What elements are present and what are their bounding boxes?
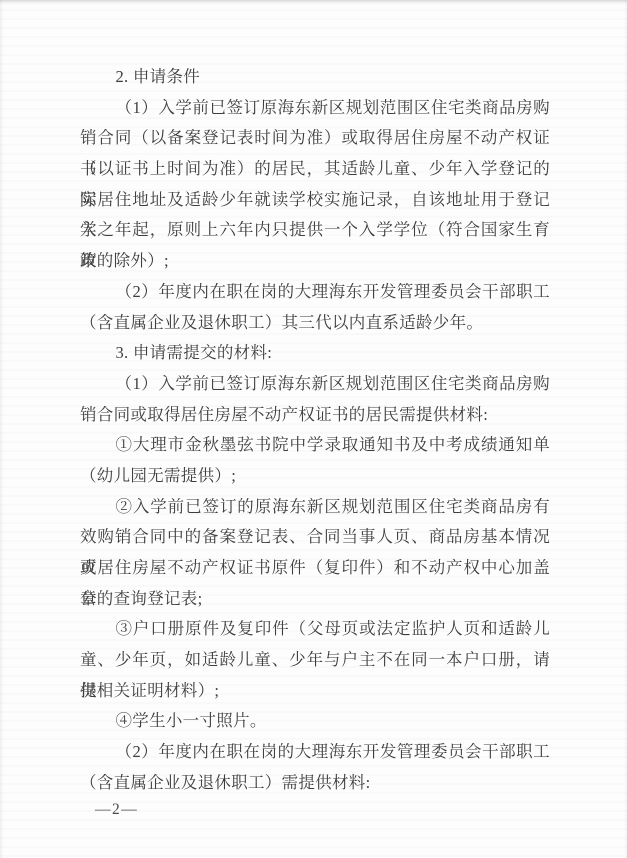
text-line: ②入学前已签订的原海东新区规划范围区住宅类商品房有	[80, 492, 550, 523]
text-line: 策的除外）;	[80, 246, 550, 277]
text-line: （以证书上时间为准）的居民，其适龄儿童、少年入学登记的实	[80, 154, 550, 185]
paragraph-materials-heading: 3. 申请需提交的材料:	[80, 338, 550, 369]
paragraph-condition-1: （1）入学前已签订原海东新区规划范围区住宅类商品房购 销合同（以备案登记表时间为…	[80, 93, 550, 277]
paragraph-condition-2: （2）年度内在职在岗的大理海东开发管理委员会干部职工 （含直属企业及退休职工）其…	[80, 277, 550, 338]
text-line: ④学生小一寸照片。	[80, 706, 550, 737]
paragraph-material-item-3: ③户口册原件及复印件（父母页或法定监护人页和适龄儿 童、少年页，如适龄儿童、少年…	[80, 614, 550, 706]
text-line: 2. 申请条件	[80, 62, 550, 93]
text-line: （2）年度内在职在岗的大理海东开发管理委员会干部职工	[80, 737, 550, 768]
text-line: （1）入学前已签订原海东新区规划范围区住宅类商品房购	[80, 369, 550, 400]
paragraph-application-conditions-heading: 2. 申请条件	[80, 62, 550, 93]
text-line: ①大理市金秋墨弦书院中学录取通知书及中考成绩通知单	[80, 430, 550, 461]
text-line: （含直属企业及退休职工）其三代以内直系适龄少年。	[80, 308, 550, 339]
text-line: （含直属企业及退休职工）需提供材料:	[80, 768, 550, 799]
text-line: 效购销合同中的备案登记表、合同当事人页、商品房基本情况页	[80, 522, 550, 553]
paragraph-materials-group-1: （1）入学前已签订原海东新区规划范围区住宅类商品房购 销合同或取得居住房屋不动产…	[80, 369, 550, 430]
text-line: 3. 申请需提交的材料:	[80, 338, 550, 369]
paragraph-material-item-1: ①大理市金秋墨弦书院中学录取通知书及中考成绩通知单 （幼儿园无需提供）;	[80, 430, 550, 491]
text-line: （1）入学前已签订原海东新区规划范围区住宅类商品房购	[80, 93, 550, 124]
paragraph-material-item-2: ②入学前已签订的原海东新区规划范围区住宅类商品房有 效购销合同中的备案登记表、合…	[80, 492, 550, 615]
page-number: —2—	[95, 799, 138, 821]
text-line: 际居住地址及适龄少年就读学校实施记录，自该地址用于登记入	[80, 185, 550, 216]
text-line: 童、少年页，如适龄儿童、少年与户主不在同一本户口册，请提	[80, 645, 550, 676]
text-line: 或居住房屋不动产权证书原件（复印件）和不动产权中心加盖公	[80, 553, 550, 584]
text-line: 销合同或取得居住房屋不动产权证书的居民需提供材料:	[80, 400, 550, 431]
text-line: 章的查询登记表;	[80, 584, 550, 615]
text-line: ③户口册原件及复印件（父母页或法定监护人页和适龄儿	[80, 614, 550, 645]
text-line: （2）年度内在职在岗的大理海东开发管理委员会干部职工	[80, 277, 550, 308]
text-line: （幼儿园无需提供）;	[80, 461, 550, 492]
text-line: 销合同（以备案登记表时间为准）或取得居住房屋不动产权证书	[80, 123, 550, 154]
paragraph-material-item-4: ④学生小一寸照片。	[80, 706, 550, 737]
paragraph-materials-group-2: （2）年度内在职在岗的大理海东开发管理委员会干部职工 （含直属企业及退休职工）需…	[80, 737, 550, 798]
document-body: 2. 申请条件 （1）入学前已签订原海东新区规划范围区住宅类商品房购 销合同（以…	[80, 62, 550, 799]
text-line: 供相关证明材料）;	[80, 676, 550, 707]
text-line: 学之年起，原则上六年内只提供一个入学学位（符合国家生育政	[80, 215, 550, 246]
